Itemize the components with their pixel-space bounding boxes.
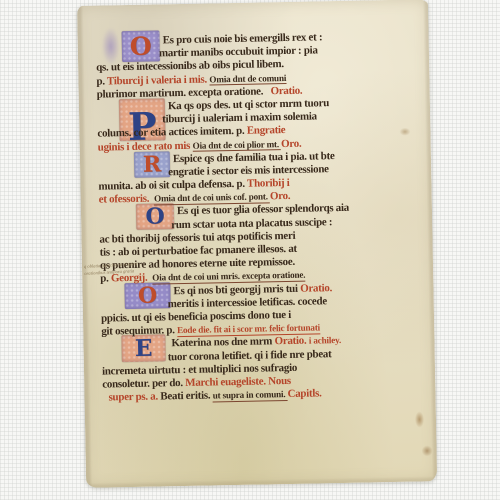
text-segment: p. — [96, 75, 107, 87]
text-segment: et ofessoris. — [99, 193, 155, 206]
text-segment: git osequimur. p. — [101, 324, 177, 337]
text-segment: Capitls. — [287, 387, 321, 400]
text-block: Es pro cuis noie bis emergills rex et :m… — [96, 28, 420, 403]
text-segment: ut supra in comuni. — [213, 389, 288, 402]
stain — [422, 445, 433, 456]
text-segment: Oro. — [281, 137, 302, 149]
text-segment: super ps. a. — [108, 391, 160, 404]
manuscript-leaf: OPROOE Es pro cuis noie bis emergills re… — [77, 0, 437, 488]
illuminated-initials: OPROOE — [77, 0, 428, 6]
stain — [415, 411, 424, 427]
scan-background: OPROOE Es pro cuis noie bis emergills re… — [0, 0, 500, 500]
text-segment: Oratio. — [274, 335, 308, 348]
text-segment: Beati eritis. — [160, 390, 213, 403]
text-segment: i achiley. — [309, 335, 341, 346]
